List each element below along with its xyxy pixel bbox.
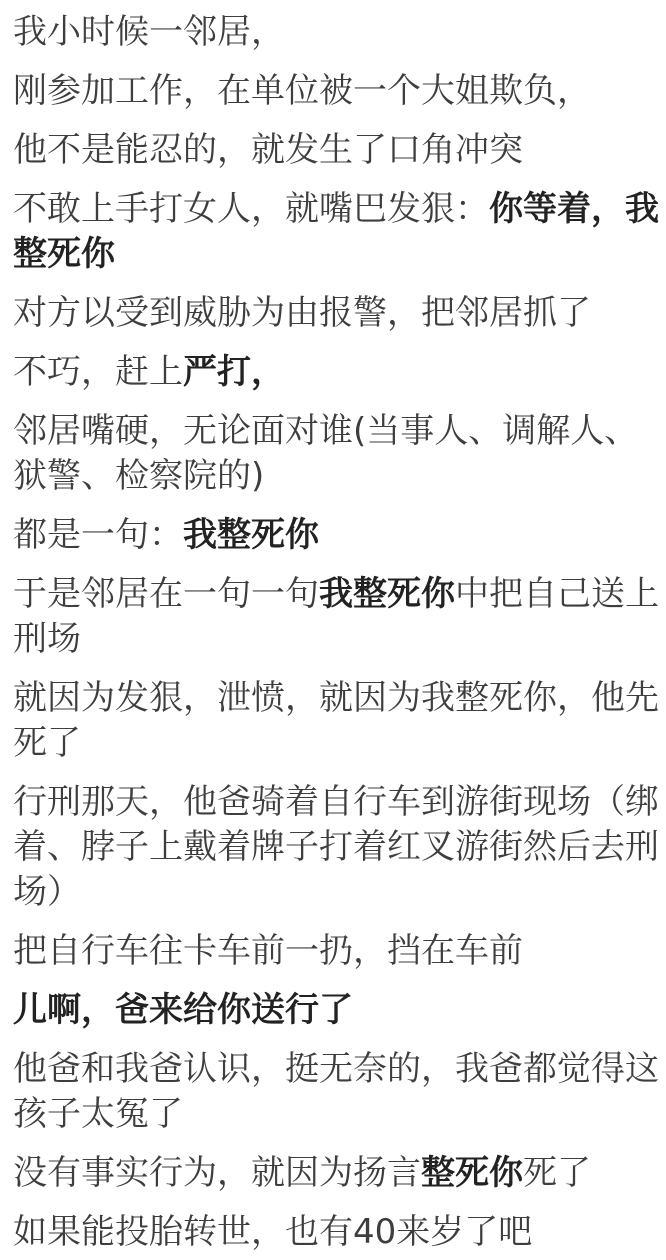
text-segment: 不巧，赶上	[13, 352, 183, 392]
paragraph: 于是邻居在一句一句我整死你中把自己送上 刑场	[13, 572, 660, 662]
text-segment: 他爸和我爸认识，挺无奈的，我爸都觉得这 孩子太冤了	[13, 1049, 659, 1134]
paragraph: 就因为发狠，泄愤，就因为我整死你，他先 死了	[13, 676, 660, 766]
paragraph: 不敢上手打女人，就嘴巴发狠：你等着，我 整死你	[13, 187, 660, 277]
bold-text-segment: 严打，	[183, 352, 285, 392]
text-segment: 就因为发狠，泄愤，就因为我整死你，他先 死了	[13, 678, 659, 763]
text-segment: 如果能投胎转世，也有40来岁了吧	[13, 1212, 532, 1252]
text-segment: 我小时候一邻居，	[13, 12, 285, 52]
post-body: 我小时候一邻居，刚参加工作，在单位被一个大姐欺负，他不是能忍的，就发生了口角冲突…	[0, 0, 666, 1255]
paragraph: 我小时候一邻居，	[13, 10, 660, 55]
text-segment: 不敢上手打女人，就嘴巴发狠：	[13, 189, 489, 229]
paragraph: 他爸和我爸认识，挺无奈的，我爸都觉得这 孩子太冤了	[13, 1047, 660, 1137]
paragraph: 不巧，赶上严打，	[13, 350, 660, 395]
paragraph: 没有事实行为，就因为扬言整死你死了	[13, 1151, 660, 1196]
bold-text-segment: 整死你	[421, 1153, 523, 1193]
bold-text-segment: 我整死你	[183, 515, 319, 555]
paragraph: 把自行车往卡车前一扔，挡在车前	[13, 929, 660, 974]
text-segment: 刚参加工作，在单位被一个大姐欺负，	[13, 71, 591, 111]
paragraph: 行刑那天，他爸骑着自行车到游街现场（绑 着、脖子上戴着牌子打着红叉游街然后去刑 …	[13, 780, 660, 915]
text-segment: 邻居嘴硬，无论面对谁(当事人、调解人、 狱警、检察院的)	[13, 411, 638, 496]
paragraph: 他不是能忍的，就发生了口角冲突	[13, 128, 660, 173]
paragraph: 儿啊，爸来给你送行了	[13, 988, 660, 1033]
text-segment: 没有事实行为，就因为扬言	[13, 1153, 421, 1193]
text-segment: 死了	[523, 1153, 591, 1193]
paragraph: 都是一句：我整死你	[13, 513, 660, 558]
text-segment: 行刑那天，他爸骑着自行车到游街现场（绑 着、脖子上戴着牌子打着红叉游街然后去刑 …	[13, 782, 659, 912]
paragraph: 邻居嘴硬，无论面对谁(当事人、调解人、 狱警、检察院的)	[13, 409, 660, 499]
text-segment: 把自行车往卡车前一扔，挡在车前	[13, 931, 523, 971]
paragraph: 如果能投胎转世，也有40来岁了吧	[13, 1210, 660, 1255]
text-segment: 对方以受到威胁为由报警，把邻居抓了	[13, 293, 591, 333]
bold-text-segment: 儿啊，爸来给你送行了	[13, 990, 353, 1030]
paragraph: 刚参加工作，在单位被一个大姐欺负，	[13, 69, 660, 114]
text-segment: 他不是能忍的，就发生了口角冲突	[13, 130, 523, 170]
text-segment: 于是邻居在一句一句	[13, 574, 319, 614]
bold-text-segment: 我整死你	[319, 574, 455, 614]
paragraph: 对方以受到威胁为由报警，把邻居抓了	[13, 291, 660, 336]
text-segment: 都是一句：	[13, 515, 183, 555]
